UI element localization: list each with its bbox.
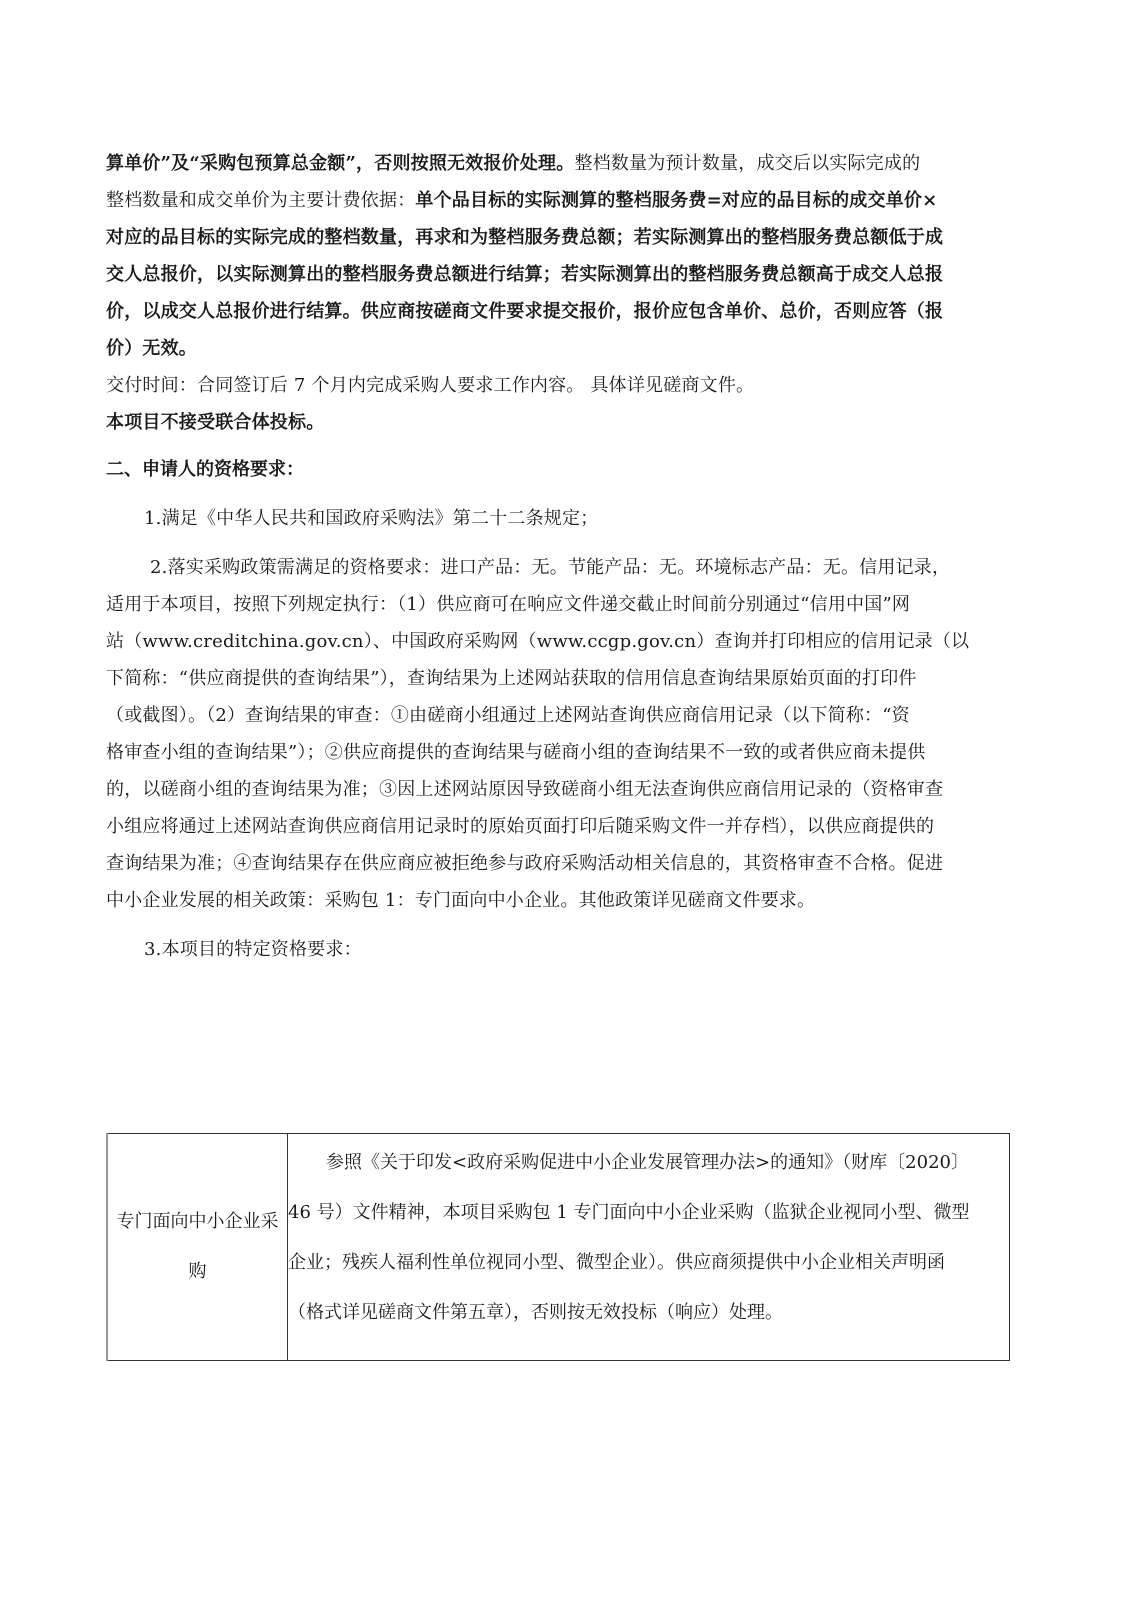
label-line: 购: [109, 1247, 286, 1297]
text-line: 中小企业发展的相关政策：采购包 1：专门面向中小企业。其他政策详见磋商文件要求。: [106, 882, 1011, 919]
table-cell-content: 参照《关于印发<政府采购促进中小企业发展管理办法>的通知》（财库〔2020〕 4…: [288, 1134, 1010, 1361]
text-line: 价）无效。: [106, 330, 1011, 367]
text-line: 交人总报价，以实际测算出的整档服务费总额进行结算；若实际测算出的整档服务费总额高…: [106, 256, 1011, 293]
table-cell-label: 专门面向中小企业采 购: [107, 1134, 288, 1361]
text-line: 2.落实采购政策需满足的资格要求：进口产品：无。节能产品：无。环境标志产品：无。…: [106, 549, 1011, 586]
requirement-1: 1.满足《中华人民共和国政府采购法》第二十二条规定；: [106, 500, 1011, 537]
table-row: 专门面向中小企业采 购 参照《关于印发<政府采购促进中小企业发展管理办法>的通知…: [107, 1134, 1010, 1361]
text: 整档数量和成交单价为主要计费依据：: [106, 190, 415, 211]
bold-text: 单个品目标的实际测算的整档服务费=对应的品目标的成交单价×: [415, 190, 937, 211]
delivery-time: 交付时间：合同签订后 7 个月内完成采购人要求工作内容。 具体详见磋商文件。: [106, 367, 1011, 404]
text-line: 算单价”及“采购包预算总金额”，否则按照无效报价处理。整档数量为预计数量，成交后…: [106, 145, 1011, 182]
text-line: 整档数量和成交单价为主要计费依据：单个品目标的实际测算的整档服务费=对应的品目标…: [106, 182, 1011, 219]
content-line: 企业；残疾人福利性单位视同小型、微型企业）。供应商须提供中小企业相关声明函: [288, 1238, 1009, 1288]
text-line: 下简称：“供应商提供的查询结果”），查询结果为上述网站获取的信用信息查询结果原始…: [106, 660, 1011, 697]
requirement-2: 2.落实采购政策需满足的资格要求：进口产品：无。节能产品：无。环境标志产品：无。…: [106, 549, 1011, 919]
text-line: 查询结果为准；④查询结果存在供应商应被拒绝参与政府采购活动相关信息的，其资格审查…: [106, 845, 1011, 882]
no-consortium-note: 本项目不接受联合体投标。: [106, 404, 1011, 441]
bold-text: 算单价”及“采购包预算总金额”，否则按照无效报价处理。: [106, 153, 574, 174]
content-line: （格式详见磋商文件第五章），否则按无效投标（响应）处理。: [288, 1288, 1009, 1338]
document-page: 算单价”及“采购包预算总金额”，否则按照无效报价处理。整档数量为预计数量，成交后…: [106, 145, 1011, 968]
text-line: 对应的品目标的实际完成的整档数量，再求和为整档服务费总额；若实际测算出的整档服务…: [106, 219, 1011, 256]
content-line: 参照《关于印发<政府采购促进中小企业发展管理办法>的通知》（财库〔2020〕: [288, 1138, 1009, 1188]
text-line: 小组应将通过上述网站查询供应商信用记录时的原始页面打印后随采购文件一并存档），以…: [106, 808, 1011, 845]
text-line: 适用于本项目，按照下列规定执行：（1）供应商可在响应文件递交截止时间前分别通过“…: [106, 586, 1011, 623]
text-line: 站（www.creditchina.gov.cn）、中国政府采购网（www.cc…: [106, 623, 1011, 660]
content-line: 46 号）文件精神，本项目采购包 1 专门面向中小企业采购（监狱企业视同小型、微…: [288, 1188, 1009, 1238]
text-line: 价，以成交人总报价进行结算。供应商按磋商文件要求提交报价，报价应包含单价、总价，…: [106, 293, 1011, 330]
label-line: 专门面向中小企业采: [109, 1197, 286, 1247]
requirement-3: 3.本项目的特定资格要求：: [106, 931, 1011, 968]
text-line: （或截图）。（2）查询结果的审查：①由磋商小组通过上述网站查询供应商信用记录（以…: [106, 697, 1011, 734]
text-line: 的，以磋商小组的查询结果为准；③因上述网站原因导致磋商小组无法查询供应商信用记录…: [106, 771, 1011, 808]
text: 整档数量为预计数量，成交后以实际完成的: [574, 153, 920, 174]
section-heading: 二、申请人的资格要求：: [106, 451, 1011, 488]
specific-requirements-table: 专门面向中小企业采 购 参照《关于印发<政府采购促进中小企业发展管理办法>的通知…: [106, 1133, 1010, 1361]
text-line: 格审查小组的查询结果”）；②供应商提供的查询结果与磋商小组的查询结果不一致的或者…: [106, 734, 1011, 771]
